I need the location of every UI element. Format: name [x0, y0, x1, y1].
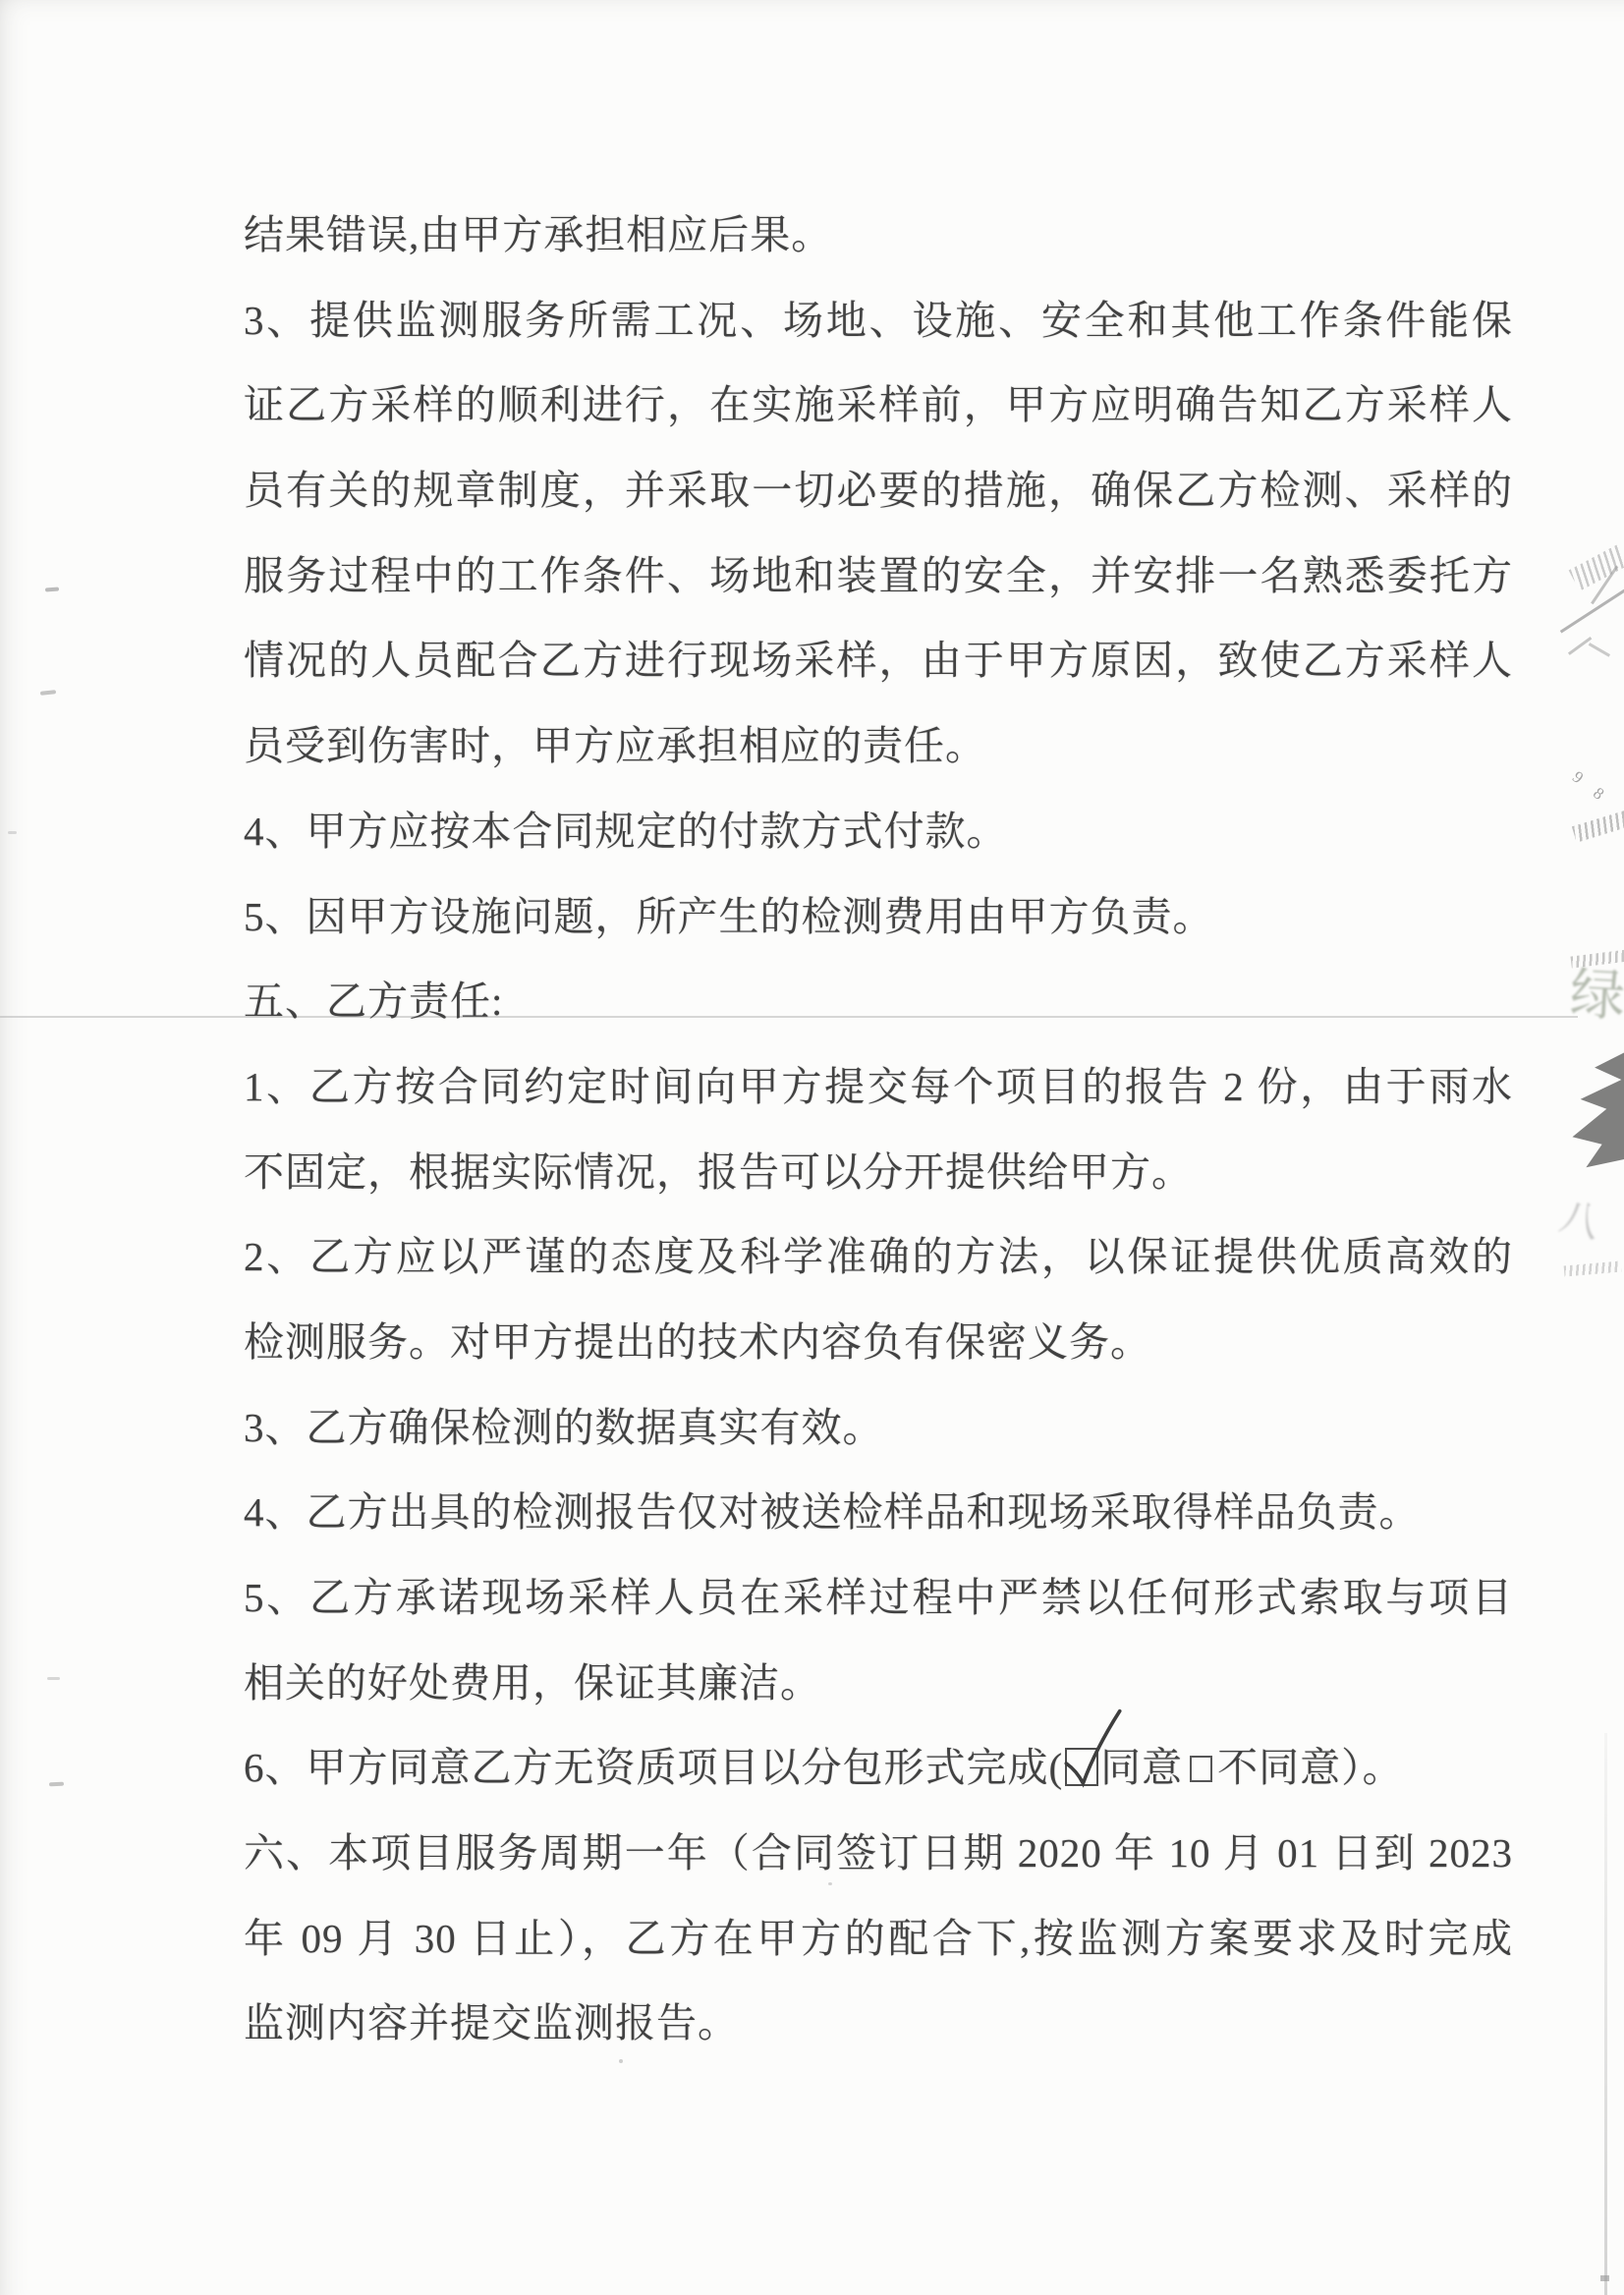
right-edge-crease-tick: [1600, 2275, 1609, 2281]
text-line: 不固定，根据实际情况，报告可以分开提供给甲方。: [244, 1130, 1513, 1215]
stamp-bleed-stroke-artifact: [1589, 643, 1610, 656]
handwritten-checkmark-icon: [1061, 1707, 1124, 1791]
text-line: 服务过程中的工作条件、场地和装置的安全，并安排一名熟悉委托方: [244, 533, 1513, 619]
text-line: 4、乙方出具的检测报告仅对被送检样品和现场采取得样品负责。: [244, 1470, 1513, 1555]
bleed-through-character-artifact: 八: [1556, 1197, 1603, 1244]
text-line: 1、乙方按合同约定时间向甲方提交每个项目的报告 2 份，由于雨水: [244, 1044, 1513, 1130]
text-line: 结果错误,由甲方承担相应后果。: [244, 193, 1513, 278]
stamp-bleed-band-artifact: [1570, 950, 1624, 969]
stamp-star-fragment-artifact: [1569, 1049, 1624, 1171]
text-line: 证乙方采样的顺利进行，在实施采样前，甲方应明确告知乙方采样人: [244, 363, 1513, 448]
text-line: 五、乙方责任:: [244, 959, 1513, 1044]
text-line: 员受到伤害时，甲方应承担相应的责任。: [244, 703, 1513, 789]
stamp-bleed-stroke-artifact: [1560, 588, 1624, 633]
bleed-through-green-character: 绿: [1569, 968, 1624, 1026]
text-line: 5、乙方承诺现场采样人员在采样过程中严禁以任何形式索取与项目: [244, 1555, 1513, 1641]
text-line: 年 09 月 30 日止），乙方在甲方的配合下,按监测方案要求及时完成: [244, 1896, 1513, 1982]
margin-speck: [47, 1677, 60, 1680]
bleed-through-digits-artifact: 9 8: [1568, 767, 1613, 809]
text-line: 3、乙方确保检测的数据真实有效。: [244, 1385, 1513, 1471]
text-line: 2、乙方应以严谨的态度及科学准确的方法，以保证提供优质高效的: [244, 1214, 1513, 1300]
text-line: 4、甲方应按本合同规定的付款方式付款。: [244, 789, 1513, 874]
clause-text: 6、甲方同意乙方无资质项目以分包形式完成(: [244, 1745, 1063, 1790]
text-line: 员有关的规章制度，并采取一切必要的措施，确保乙方检测、采样的: [244, 448, 1513, 533]
text-line: 监测内容并提交监测报告。: [244, 1981, 1513, 2066]
stamp-bleed-band-artifact: [1572, 809, 1624, 842]
margin-speck: [45, 588, 59, 592]
text-line: 六、本项目服务周期一年（合同签订日期 2020 年 10 月 01 日到 202…: [244, 1811, 1513, 1896]
right-edge-crease-artifact: [1604, 1733, 1607, 2295]
text-line: 5、因甲方设施问题，所产生的检测费用由甲方负责。: [244, 874, 1513, 960]
stamp-bleed-stroke-artifact: [1568, 637, 1592, 654]
disagree-checkbox: [1190, 1756, 1212, 1782]
margin-speck: [49, 1782, 64, 1787]
stamp-bleed-band-artifact: [1569, 544, 1624, 590]
scanned-contract-page: 9 8 绿 八 结果错误,由甲方承担相应后果。3、提供监测服务所需工况、场地、设…: [0, 0, 1624, 2295]
text-line: 情况的人员配合乙方进行现场采样，由于甲方原因，致使乙方采样人: [244, 618, 1513, 703]
text-line: 检测服务。对甲方提出的技术内容负有保密义务。: [244, 1300, 1513, 1385]
agree-checkbox: [1065, 1748, 1098, 1786]
stamp-bleed-band-artifact: [1564, 1260, 1622, 1276]
margin-speck: [8, 831, 17, 834]
text-line: 相关的好处费用，保证其廉洁。: [244, 1641, 1513, 1726]
text-line: 3、提供监测服务所需工况、场地、设施、安全和其他工作条件能保: [244, 278, 1513, 364]
clause-text-suffix: ）。: [1341, 1745, 1404, 1790]
document-body: 结果错误,由甲方承担相应后果。3、提供监测服务所需工况、场地、设施、安全和其他工…: [244, 193, 1513, 2066]
disagree-label: 不同意: [1217, 1745, 1341, 1790]
margin-speck: [40, 690, 56, 696]
stamp-bleed-stroke-artifact: [1591, 565, 1618, 604]
clause-line-with-checkboxes: 6、甲方同意乙方无资质项目以分包形式完成(同意不同意）。: [244, 1725, 1513, 1811]
